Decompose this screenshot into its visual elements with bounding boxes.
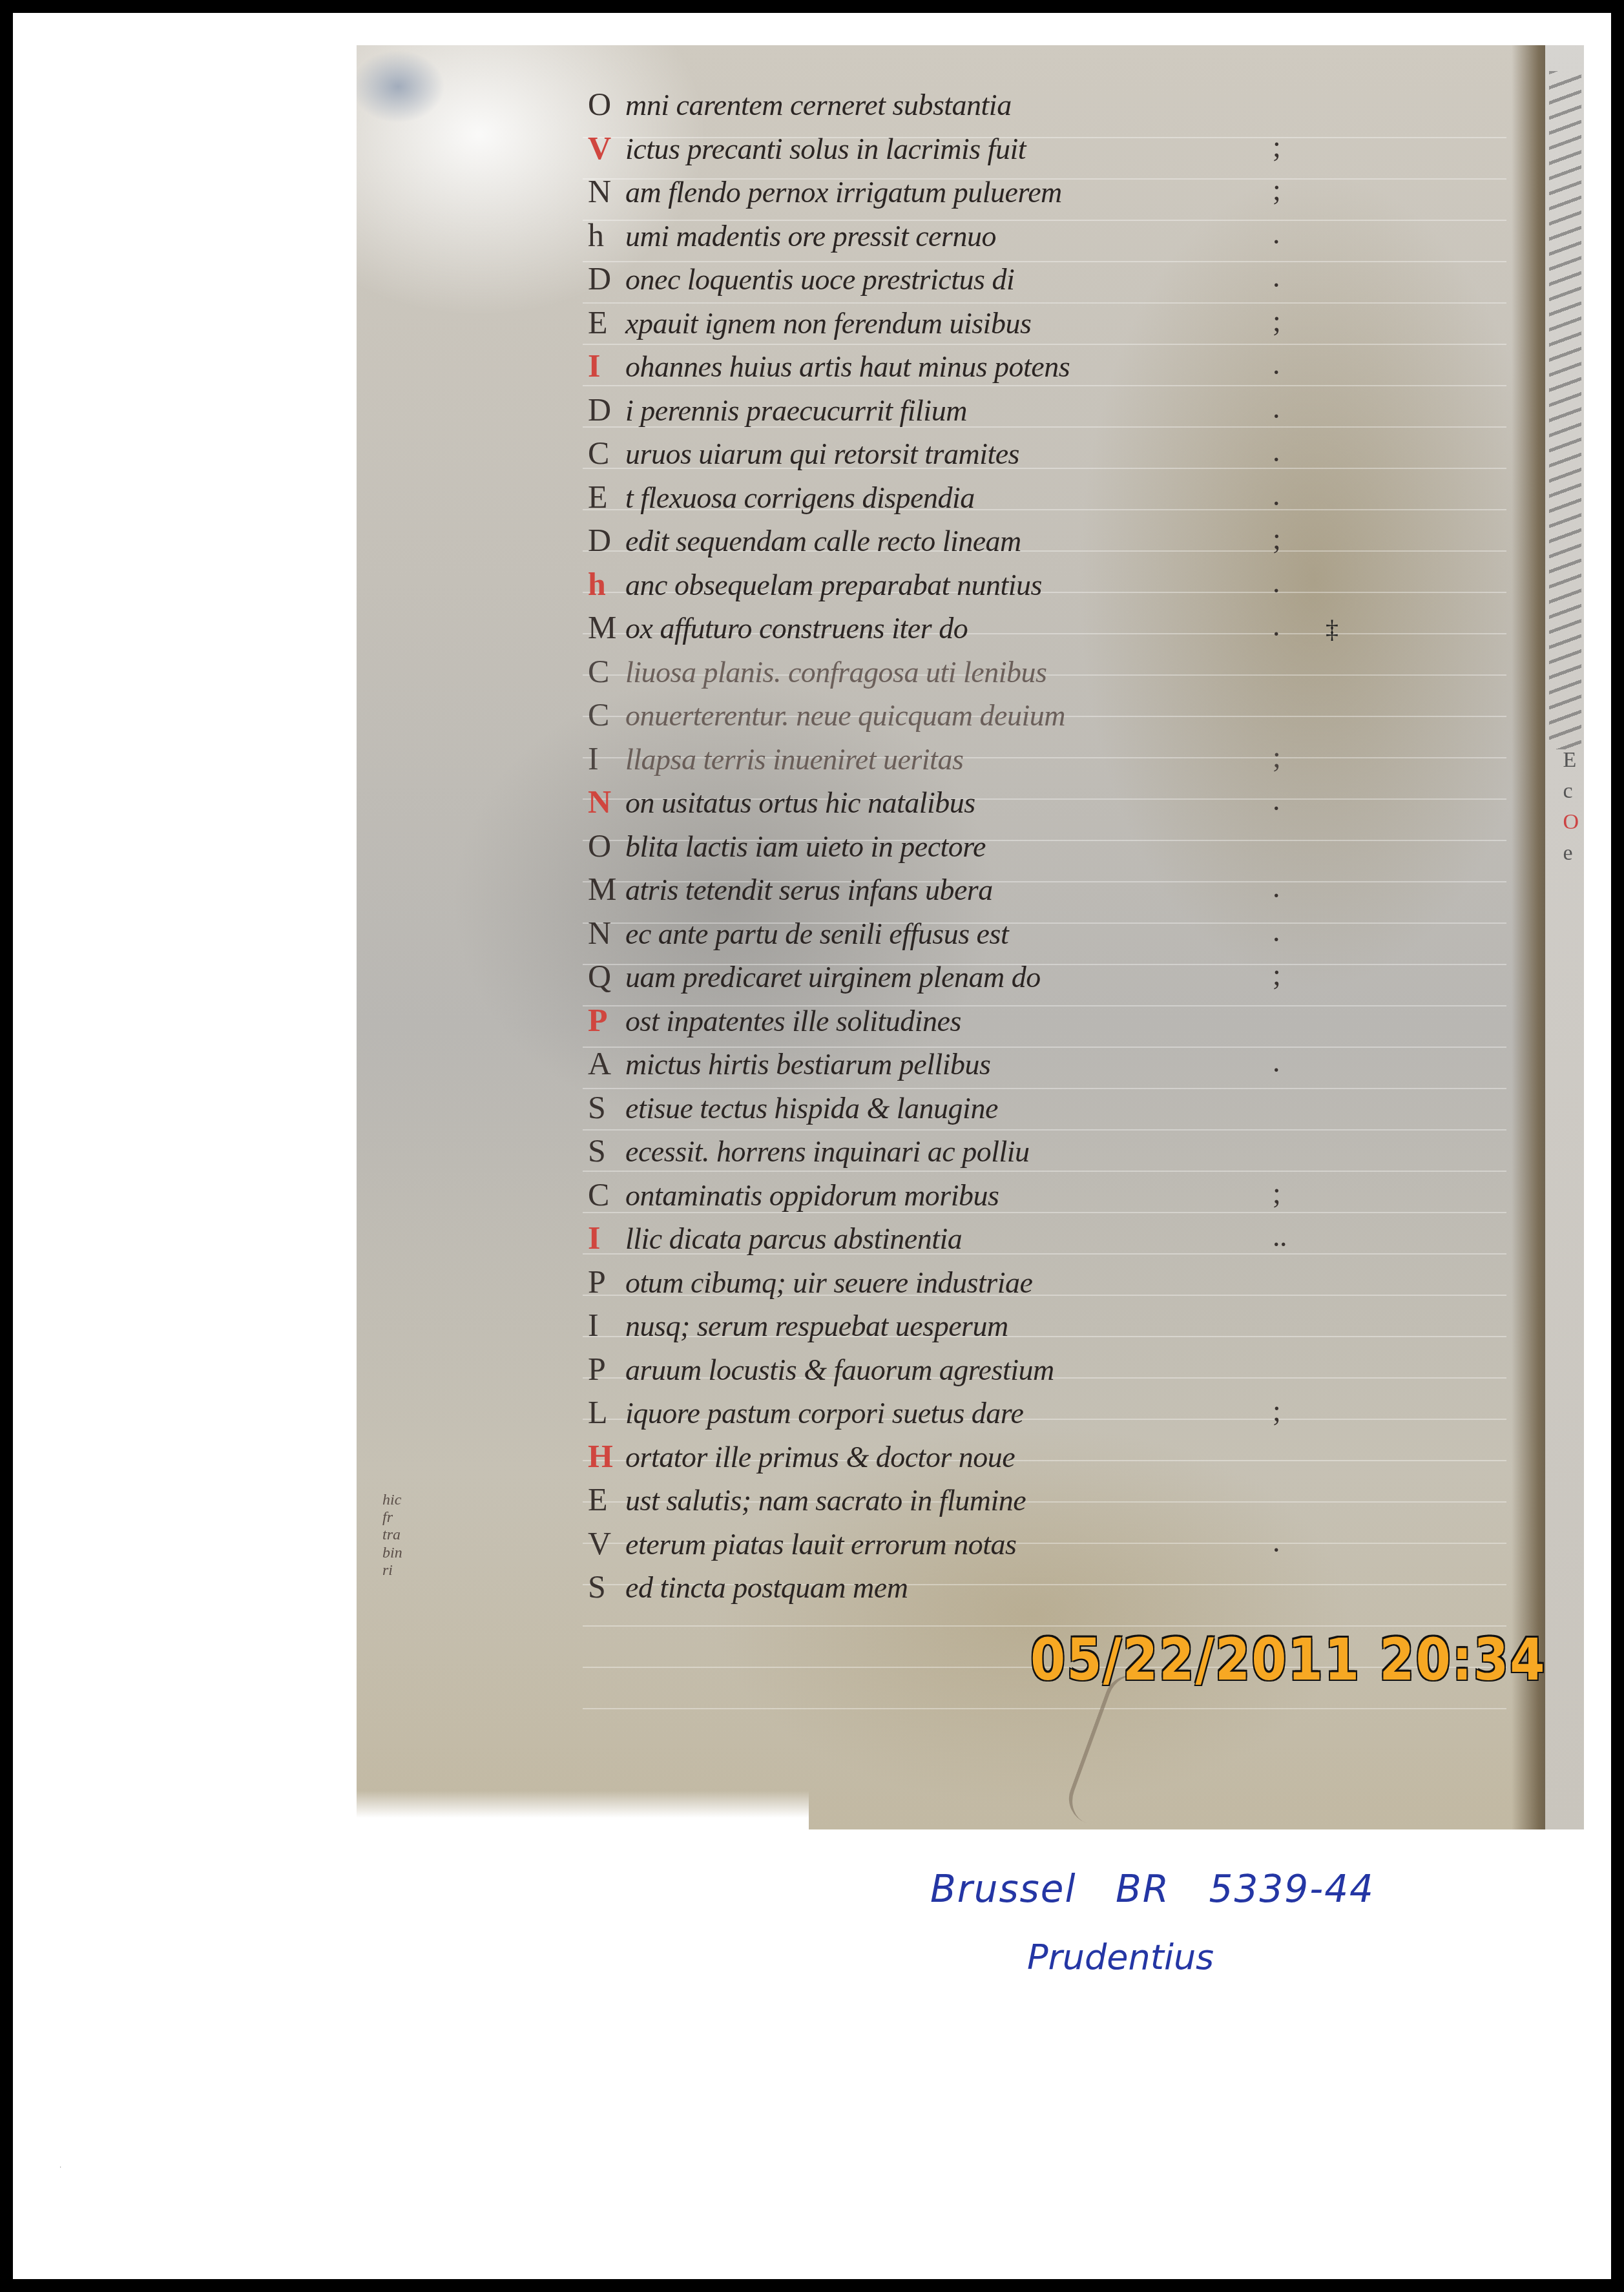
line-punctuation: . [1273,565,1280,599]
manuscript-line: Dedit sequendam calle recto lineam; [588,521,1557,565]
line-initial: E [588,478,625,516]
manuscript-line: Nec ante partu de senili effusus est. [588,914,1557,958]
line-initial: D [588,391,625,428]
binding-strap [357,45,460,149]
shelfmark-library: Brussel [930,1867,1077,1911]
verse-text: eterum piatas lauit errorum notas [625,1527,1016,1561]
verse-text: etisue tectus hispida & lanugine [625,1091,998,1125]
verse-text: mictus hirtis bestiarum pellibus [625,1047,990,1081]
verse-text: ecessit. horrens inquinari ac polliu [625,1134,1030,1169]
manuscript-text-block: Omni carentem cerneret substantiaVictus … [588,85,1557,1612]
manuscript-line: Quam predicaret uirginem plenam do; [588,957,1557,1001]
verse-text: xpauit ignem non ferendum uisibus [625,306,1031,340]
manuscript-line: Contaminatis oppidorum moribus; [588,1176,1557,1220]
manuscript-line: Sed tincta postquam mem [588,1568,1557,1612]
line-punctuation: ; [1273,1393,1280,1428]
manuscript-line: Et flexuosa corrigens dispendia. [588,478,1557,522]
line-initial: h [588,216,625,254]
manuscript-line: hanc obsequelam preparabat nuntius. [588,565,1557,609]
manuscript-line: humi madentis ore pressit cernuo. [588,216,1557,260]
line-initial: O [588,85,625,123]
line-punctuation: . [1273,216,1280,251]
rubricated-initial: V [588,129,625,167]
line-punctuation: ; [1273,1176,1280,1210]
verse-text: onec loquentis uoce prestrictus di [625,262,1014,297]
manuscript-line: Nam flendo pernox irrigatum puluerem; [588,172,1557,216]
manuscript-line: Inusq; serum respuebat uesperum [588,1306,1557,1350]
scanned-sheet: E c O e Omni carentem cerneret substanti… [13,13,1611,2279]
line-initial: C [588,434,625,472]
verse-text: ictus precanti solus in lacrimis fuit [625,132,1026,166]
line-initial: M [588,609,625,646]
line-initial: E [588,304,625,341]
manuscript-line: Curuos uiarum qui retorsit tramites. [588,434,1557,478]
manuscript-line: Cliuosa planis. confragosa uti lenibus [588,652,1557,696]
verse-text: ontaminatis oppidorum moribus [625,1178,999,1213]
margin-note-line: bin [382,1545,402,1561]
line-punctuation: . [1273,347,1280,381]
shelfmark: Brussel BR 5339-44 [930,1867,1400,1911]
manuscript-line: Iohannes huius artis haut minus potens. [588,347,1557,391]
photo-edge [357,1791,809,1829]
camera-timestamp: 05/22/2011 20:34 [1030,1627,1546,1694]
verse-text: onuerterentur. neue quicquam deuium [625,698,1065,733]
verse-text: ox affuturo construens iter do [625,611,968,645]
verse-text: liuosa planis. confragosa uti lenibus [625,655,1046,689]
handwritten-annotation: Brussel BR 5339-44 Prudentius [930,1867,1400,1977]
shelfmark-number: 5339-44 [1209,1867,1375,1911]
line-punctuation: ; [1273,957,1280,992]
line-initial: O [588,827,625,864]
verse-text: umi madentis ore pressit cernuo [625,219,996,253]
line-initial: P [588,1263,625,1300]
manuscript-line: Eust salutis; nam sacrato in flumine [588,1481,1557,1525]
manuscript-line: Omni carentem cerneret substantia [588,85,1557,129]
verse-text: anc obsequelam preparabat nuntius [625,568,1042,602]
line-initial: N [588,172,625,210]
facing-initial: e [1563,842,1579,864]
rubricated-initial: P [588,1001,625,1039]
verse-text: mni carentem cerneret substantia [625,88,1012,122]
manuscript-line: Donec loquentis uoce prestrictus di. [588,260,1557,304]
manuscript-line: Paruum locustis & fauorum agrestium [588,1350,1557,1394]
manuscript-line: Conuerterentur. neue quicquam deuium [588,696,1557,740]
rubricated-initial: N [588,783,625,820]
line-initial: I [588,1306,625,1344]
line-punctuation: . [1273,870,1280,904]
facing-page-initials: E c O e [1563,749,1579,864]
manuscript-line: Veterum piatas lauit errorum notas. [588,1525,1557,1568]
facing-initial: E [1563,749,1579,771]
line-initial: L [588,1393,625,1431]
manuscript-line: Setisue tectus hispida & lanugine [588,1089,1557,1132]
line-punctuation: ; [1273,521,1280,556]
verse-text: am flendo pernox irrigatum puluerem [625,175,1062,209]
manuscript-line: Mox affuturo construens iter do. [588,609,1557,652]
line-initial: D [588,260,625,297]
verse-text: ohannes huius artis haut minus potens [625,349,1070,384]
manuscript-line: Oblita lactis iam uieto in pectore [588,827,1557,871]
line-initial: V [588,1525,625,1562]
verse-text: ost inpatentes ille solitudines [625,1004,961,1038]
margin-note-line: hic [382,1492,402,1508]
manuscript-line: Expauit ignem non ferendum uisibus; [588,304,1557,348]
line-punctuation: . [1273,391,1280,425]
verse-text: ec ante partu de senili effusus est [625,917,1008,951]
line-initial: C [588,1176,625,1213]
facing-initial: c [1563,780,1579,802]
manuscript-line: Illapsa terris inueniret ueritas; [588,740,1557,784]
manuscript-line: Potum cibumq; uir seuere industriae [588,1263,1557,1307]
manuscript-line: Di perennis praecucurrit filium. [588,391,1557,435]
scan-speck: · [59,2164,61,2171]
verse-text: ed tincta postquam mem [625,1570,908,1605]
line-initial: A [588,1045,625,1082]
line-initial: S [588,1132,625,1169]
line-initial: C [588,696,625,733]
margin-note: hic fr tra bin ri [382,1492,402,1579]
shelfmark-collection: BR [1116,1867,1170,1911]
verse-text: ortator ille primus & doctor noue [625,1440,1015,1474]
line-punctuation: . [1273,478,1280,512]
verse-text: on usitatus ortus hic natalibus [625,786,975,820]
line-initial: D [588,521,625,559]
verse-text: atris tetendit serus infans ubera [625,873,993,907]
verse-text: otum cibumq; uir seuere industriae [625,1266,1032,1300]
line-initial: M [588,870,625,908]
verse-text: i perennis praecucurrit filium [625,393,967,428]
verse-text: uruos uiarum qui retorsit tramites [625,437,1019,471]
line-initial: P [588,1350,625,1388]
line-initial: S [588,1089,625,1126]
line-punctuation: ; [1273,304,1280,338]
line-punctuation: . [1273,260,1280,294]
manuscript-line: Matris tetendit serus infans ubera. [588,870,1557,914]
marginal-mark-icon: ‡ [1326,614,1338,644]
line-punctuation: . [1273,609,1280,643]
margin-note-line: fr [382,1510,402,1526]
verse-text: nusq; serum respuebat uesperum [625,1309,1008,1343]
verse-text: edit sequendam calle recto lineam [625,524,1021,558]
verse-text: ust salutis; nam sacrato in flumine [625,1483,1026,1517]
line-initial: I [588,740,625,777]
line-punctuation: .. [1273,1219,1287,1253]
verse-text: iquore pastum corpori suetus dare [625,1396,1023,1430]
rubricated-initial: H [588,1437,625,1475]
line-punctuation: . [1273,1045,1280,1079]
line-initial: C [588,652,625,690]
author-note: Prudentius [1027,1937,1400,1977]
margin-note-line: ri [382,1563,402,1579]
line-punctuation: . [1273,1525,1280,1559]
rubricated-initial: I [588,1219,625,1256]
line-punctuation: . [1273,783,1280,817]
manuscript-line: Hortator ille primus & doctor noue [588,1437,1557,1481]
line-initial: Q [588,957,625,995]
verse-text: uam predicaret uirginem plenam do [625,960,1041,994]
line-punctuation: ; [1273,172,1280,207]
verse-text: aruum locustis & fauorum agrestium [625,1353,1054,1387]
manuscript-line: Illic dicata parcus abstinentia.. [588,1219,1557,1263]
verse-text: blita lactis iam uieto in pectore [625,829,986,864]
line-punctuation: . [1273,914,1280,948]
margin-note-line: tra [382,1527,402,1543]
manuscript-line: Amictus hirtis bestiarum pellibus. [588,1045,1557,1089]
verse-text: t flexuosa corrigens dispendia [625,481,975,515]
rubricated-initial: h [588,565,625,603]
rubricated-initial: I [588,347,625,384]
line-punctuation: ; [1273,740,1280,774]
line-punctuation: ; [1273,129,1280,163]
manuscript-line: Secessit. horrens inquinari ac polliu [588,1132,1557,1176]
line-initial: N [588,914,625,952]
facing-initial-rubric: O [1563,811,1579,833]
line-initial: S [588,1568,625,1605]
verse-text: llic dicata parcus abstinentia [625,1222,962,1256]
line-punctuation: . [1273,434,1280,468]
verse-text: llapsa terris inueniret ueritas [625,742,963,776]
manuscript-line: Post inpatentes ille solitudines [588,1001,1557,1045]
manuscript-line: Victus precanti solus in lacrimis fuit; [588,129,1557,173]
line-initial: E [588,1481,625,1518]
manuscript-line: Non usitatus ortus hic natalibus. [588,783,1557,827]
manuscript-photo: E c O e Omni carentem cerneret substanti… [357,45,1584,1829]
manuscript-line: Liquore pastum corpori suetus dare; [588,1393,1557,1437]
